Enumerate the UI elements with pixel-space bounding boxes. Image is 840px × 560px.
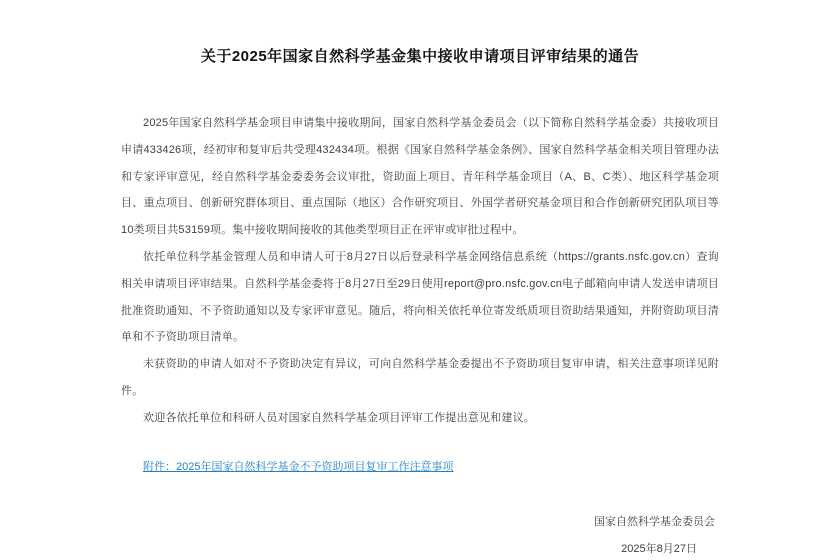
paragraph-feedback: 欢迎各依托单位和科研人员对国家自然科学基金项目评审工作提出意见和建议。 bbox=[121, 405, 719, 432]
paragraph-appeal: 未获资助的申请人如对不予资助决定有异议，可向自然科学基金委提出不予资助项目复审申… bbox=[121, 351, 719, 405]
paragraph-result-query: 依托单位科学基金管理人员和申请人可于8月27日以后登录科学基金网络信息系统（ht… bbox=[121, 244, 719, 351]
date: 2025年8月27日 bbox=[121, 536, 719, 560]
attachment-row: 附件：2025年国家自然科学基金不予资助项目复审工作注意事项 bbox=[121, 454, 719, 481]
page-title: 关于2025年国家自然科学基金集中接收申请项目评审结果的通告 bbox=[121, 46, 719, 68]
notice-page: 关于2025年国家自然科学基金集中接收申请项目评审结果的通告 2025年国家自然… bbox=[0, 0, 840, 560]
paragraph-overview: 2025年国家自然科学基金项目申请集中接收期间，国家自然科学基金委员会（以下简称… bbox=[121, 110, 719, 244]
attachment-link[interactable]: 附件：2025年国家自然科学基金不予资助项目复审工作注意事项 bbox=[143, 461, 453, 473]
signature: 国家自然科学基金委员会 bbox=[121, 509, 719, 536]
notice-content: 关于2025年国家自然科学基金集中接收申请项目评审结果的通告 2025年国家自然… bbox=[121, 0, 719, 560]
